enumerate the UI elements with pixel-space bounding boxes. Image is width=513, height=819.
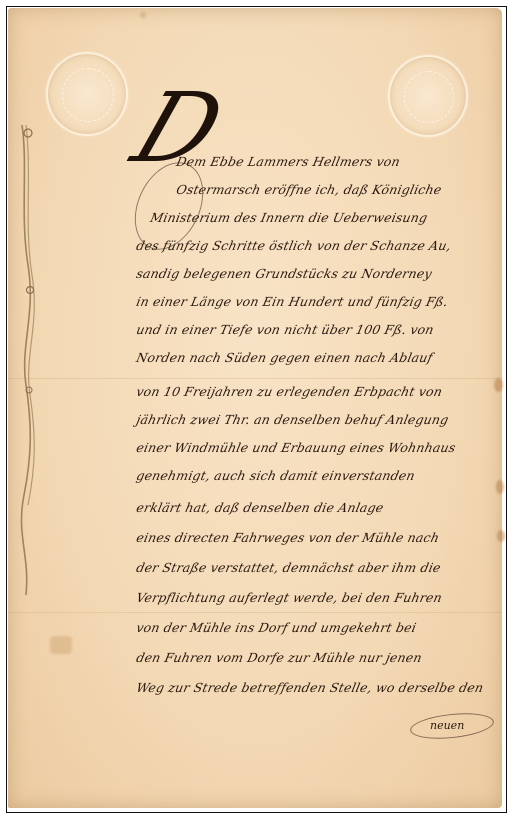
embossed-seal-left [46,52,128,136]
paper-fold-line [8,378,502,379]
text-line: sandig belegenen Grundstücks zu Norderne… [135,266,433,281]
paper-stain [496,480,504,494]
text-line: in einer Länge von Ein Hundert und fünfz… [135,294,450,309]
text-line: genehmigt, auch sich damit einverstanden [135,468,416,483]
text-line: Ostermarsch eröffne ich, daß Königliche [175,182,443,197]
paper-stain [497,530,505,542]
paper-fold-line [8,612,502,613]
binding-string-icon [14,125,44,595]
embossed-seal-right [388,55,468,137]
text-line: erklärt hat, daß denselben die Anlage [135,500,385,515]
text-line: jährlich zwei Thr. an denselben behuf An… [135,412,450,427]
text-line: Weg zur Strede betreffenden Stelle, wo d… [135,680,485,695]
text-line: den Fuhren vom Dorfe zur Mühle nur jenen [135,650,423,665]
text-line: von 10 Freijahren zu erlegenden Erbpacht… [135,384,444,399]
paper-stain [140,12,146,18]
text-line: von der Mühle ins Dorf und umgekehrt bei [135,620,418,635]
text-line: und in einer Tiefe von nicht über 100 Fß… [135,322,435,337]
text-line: Ministerium des Innern die Ueberweisung [149,210,429,225]
paper-stain [50,636,72,654]
text-line: Dem Ebbe Lammers Hellmers von [175,154,402,169]
text-line: der Straße verstattet, demnächst aber ih… [135,560,442,575]
seal-crest-icon [62,68,114,121]
paper-stain [494,378,503,392]
text-line: des fünfzig Schritte östlich von der Sch… [135,238,453,253]
text-line: eines directen Fahrweges von der Mühle n… [135,530,441,545]
seal-stamp-icon [404,71,455,123]
catchword: neuen [430,719,464,732]
text-line: Verpflichtung auferlegt werde, bei den F… [135,590,444,605]
text-line: Norden nach Süden gegen einen nach Ablau… [135,350,434,365]
text-line: einer Windmühle und Erbauung eines Wohnh… [135,440,457,455]
